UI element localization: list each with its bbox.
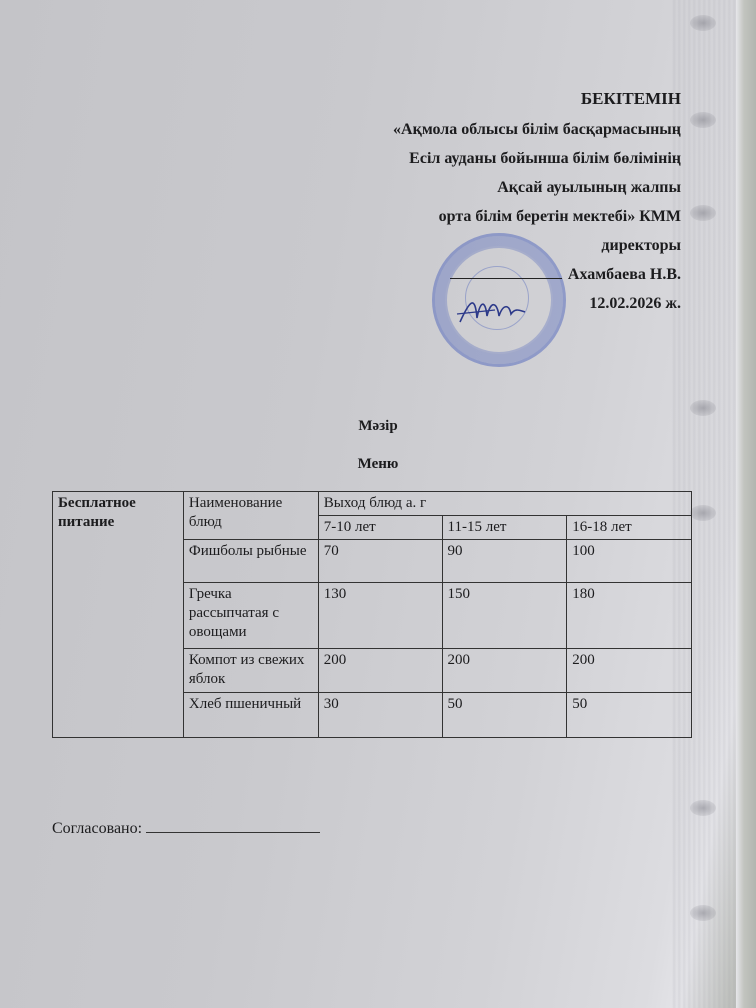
portion-value: 100	[567, 540, 692, 583]
toner-smudge	[690, 905, 716, 921]
age-group-header: 11-15 лет	[442, 516, 567, 540]
portion-value: 200	[567, 649, 692, 693]
page-edge	[736, 0, 756, 1008]
approval-block: БЕКІТЕМІН «Ақмола облысы білім басқармас…	[393, 84, 681, 318]
approval-line: Ақсай ауылының жалпы	[393, 173, 681, 202]
toner-smudge	[690, 15, 716, 31]
approval-date: 12.02.2026 ж.	[393, 289, 681, 318]
toner-smudge	[690, 205, 716, 221]
dish-name: Компот из свежих яблок	[183, 649, 318, 693]
approval-line: директоры	[393, 231, 681, 260]
portion-value: 30	[318, 693, 442, 738]
age-group-header: 7-10 лет	[318, 516, 442, 540]
toner-smudge	[690, 400, 716, 416]
age-group-header: 16-18 лет	[567, 516, 692, 540]
portion-value: 130	[318, 583, 442, 649]
output-header: Выход блюд а. г	[318, 492, 691, 516]
portion-value: 150	[442, 583, 567, 649]
portion-value: 180	[567, 583, 692, 649]
portion-value: 200	[318, 649, 442, 693]
menu-title-ru: Меню	[0, 456, 756, 473]
portion-value: 50	[567, 693, 692, 738]
portion-value: 200	[442, 649, 567, 693]
agreed-block: Согласовано:	[52, 818, 320, 838]
category-cell: Бесплатное питание	[53, 492, 184, 738]
menu-table: Бесплатное питание Наименование блюд Вых…	[52, 491, 692, 738]
agreed-signature-line	[146, 818, 320, 833]
portion-value: 50	[442, 693, 567, 738]
signature-line	[450, 278, 562, 279]
signatory-line: Ахамбаева Н.В.	[393, 260, 681, 289]
portion-value: 90	[442, 540, 567, 583]
approval-line: Есіл ауданы бойынша білім бөлімінің	[393, 144, 681, 173]
approval-title: БЕКІТЕМІН	[393, 84, 681, 113]
signatory-name: Ахамбаева Н.В.	[568, 266, 681, 283]
approval-line: «Ақмола облысы білім басқармасының	[393, 115, 681, 144]
dish-header: Наименование блюд	[183, 492, 318, 540]
dish-name: Гречка рассыпчатая с овощами	[183, 583, 318, 649]
table-header-row: Бесплатное питание Наименование блюд Вых…	[53, 492, 692, 516]
toner-smudge	[690, 112, 716, 128]
toner-smudge	[690, 800, 716, 816]
menu-title-kz: Мәзір	[0, 418, 756, 435]
agreed-label: Согласовано:	[52, 820, 142, 837]
approval-line: орта білім беретін мектебі» КММ	[393, 202, 681, 231]
portion-value: 70	[318, 540, 442, 583]
dish-name: Фишболы рыбные	[183, 540, 318, 583]
toner-smudge	[690, 505, 716, 521]
dish-name: Хлеб пшеничный	[183, 693, 318, 738]
